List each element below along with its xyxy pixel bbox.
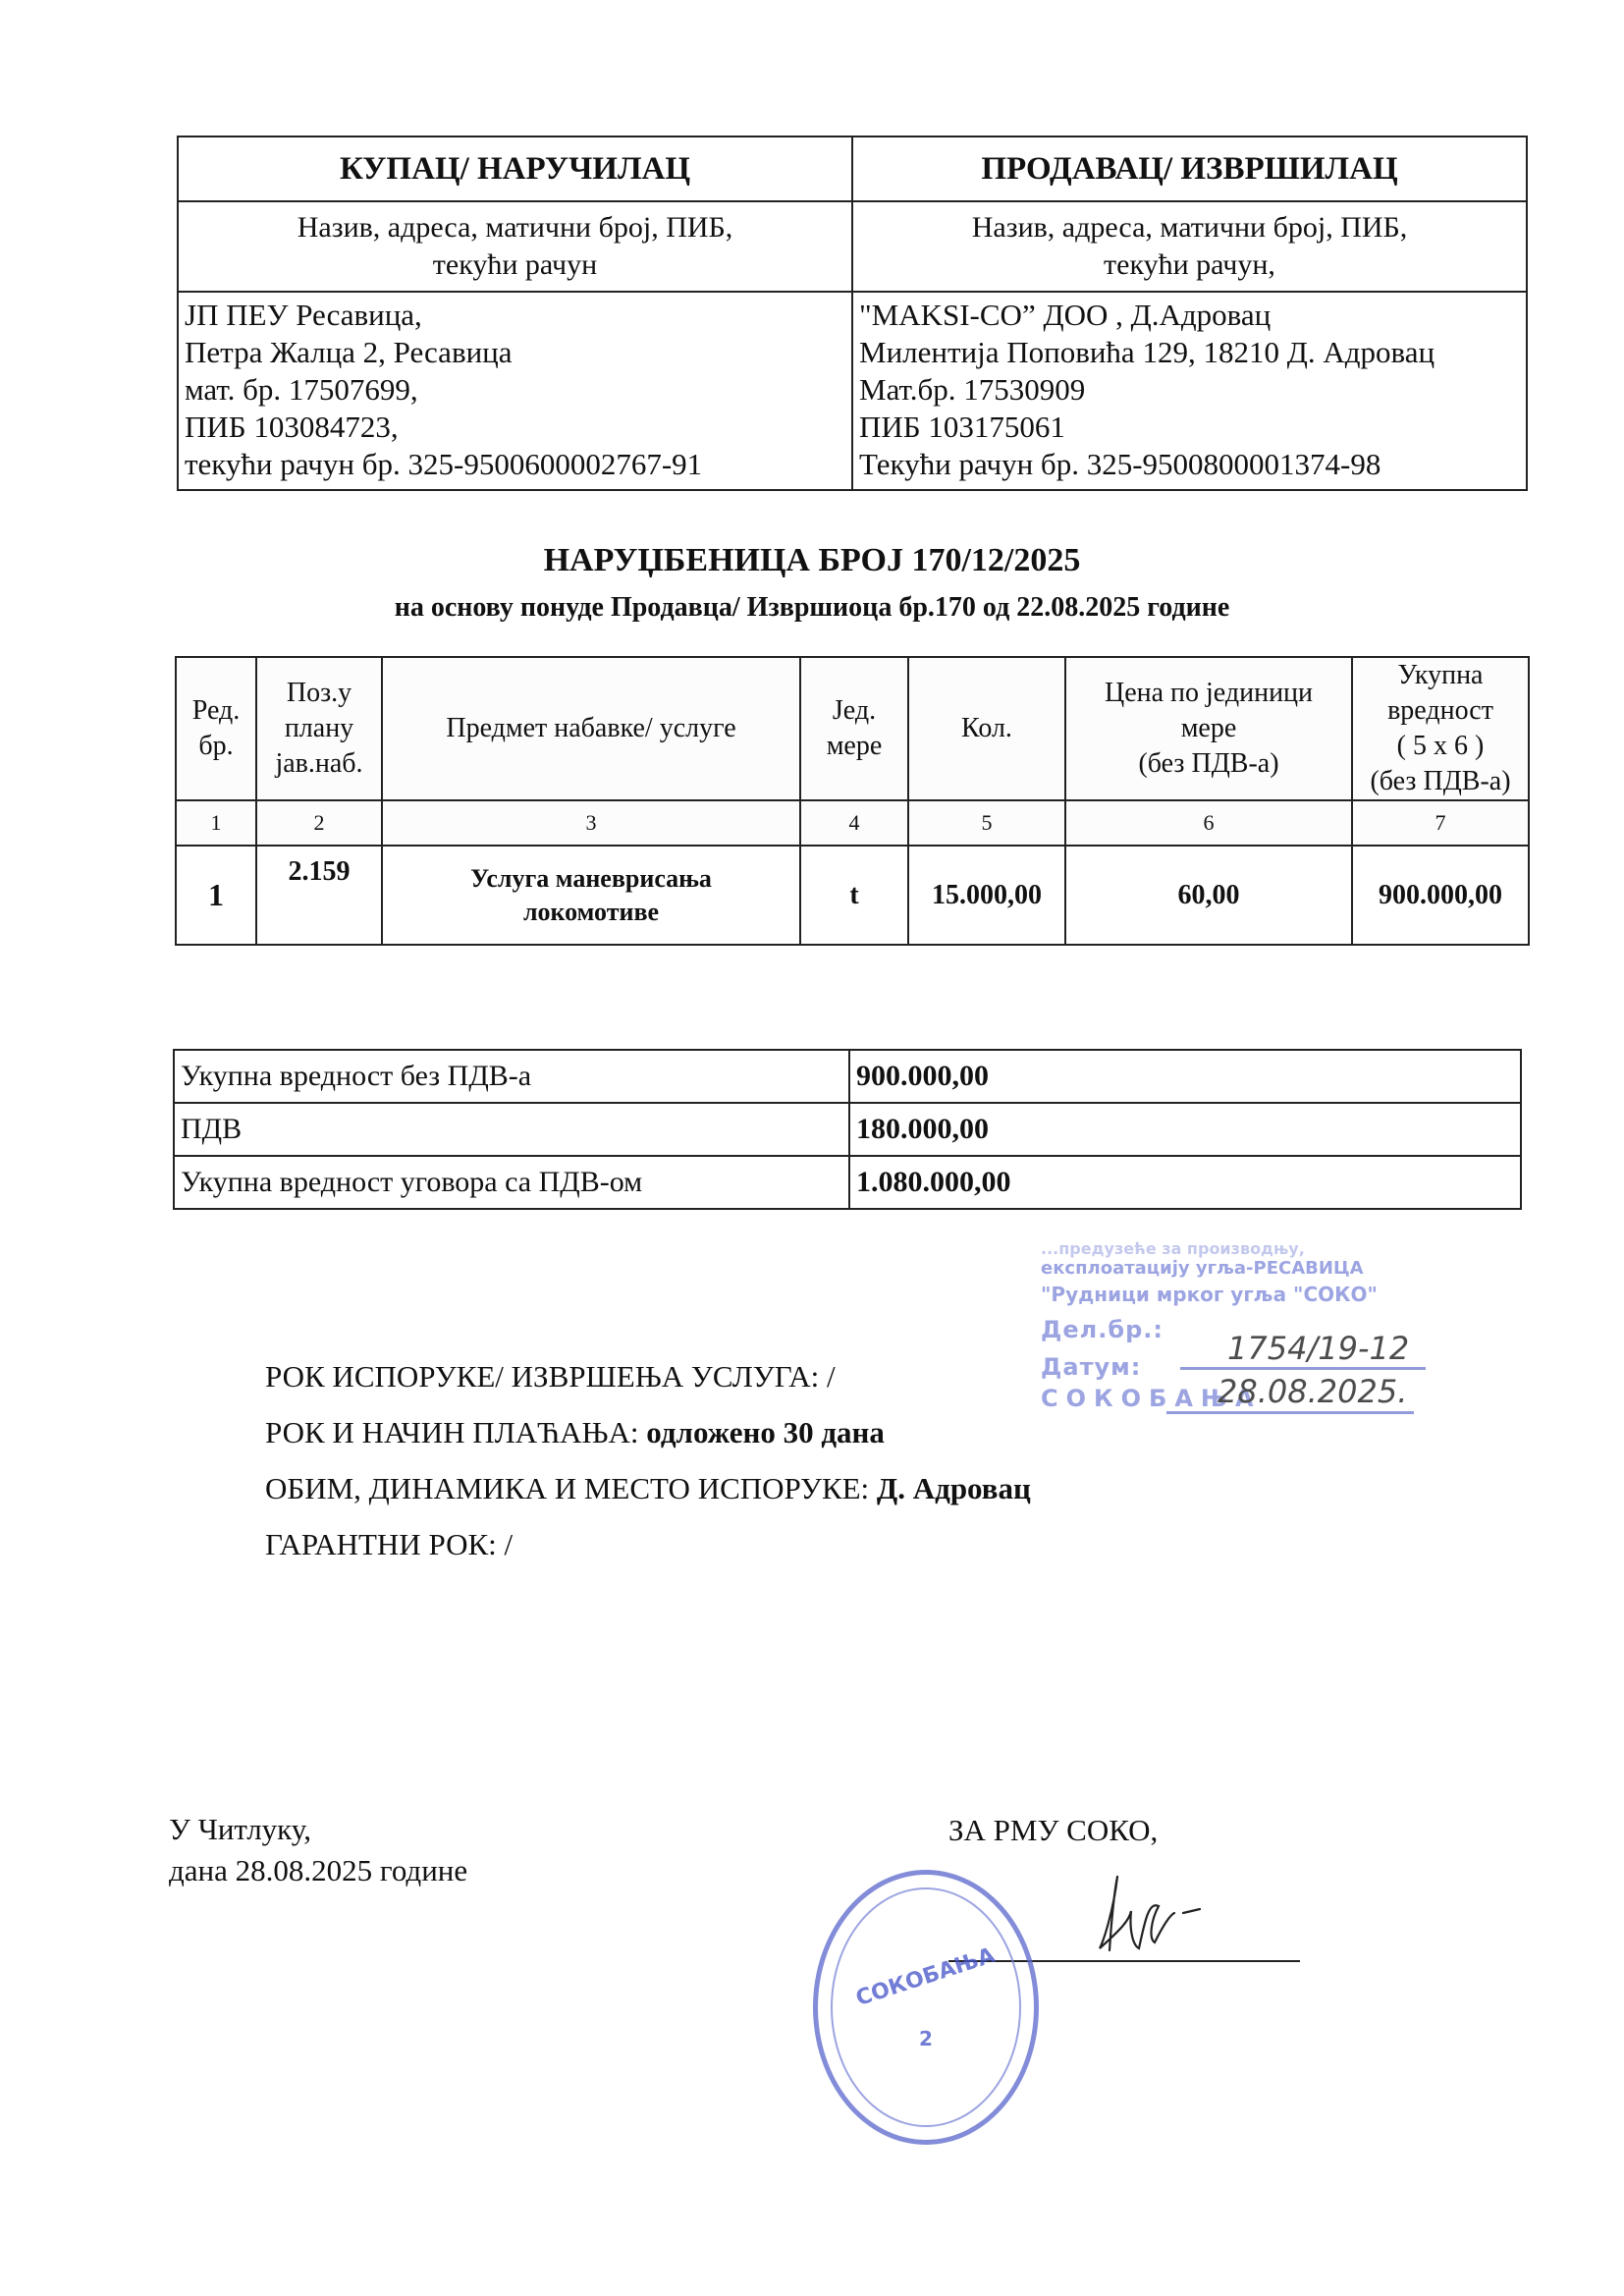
order-title: НАРУЏБЕНИЦА БРОЈ 170/12/2025 bbox=[0, 542, 1624, 579]
col-header-plan-line2: плану bbox=[261, 711, 377, 746]
col-header-unit-line2: мере bbox=[805, 729, 903, 764]
col-header-no-line1: Ред. bbox=[181, 693, 251, 729]
term-value: Д. Адровац bbox=[877, 1471, 1031, 1505]
totals-row-gross: Укупна вредност уговора са ПДВ-ом 1.080.… bbox=[174, 1156, 1521, 1209]
seller-reg-number: Мат.бр. 17530909 bbox=[859, 371, 1520, 409]
buyer-tax-id: ПИБ 103084723, bbox=[185, 409, 845, 446]
col-header-quantity: Кол. bbox=[908, 657, 1065, 800]
place-and-date: У Читлуку, дана 28.08.2025 године bbox=[169, 1809, 467, 1891]
buyer-name: ЈП ПЕУ Ресавица, bbox=[185, 297, 845, 334]
seal-number: 2 bbox=[919, 2027, 933, 2050]
total-gross-value: 1.080.000,00 bbox=[849, 1156, 1521, 1209]
col-header-price-line3: (без ПДВ-а) bbox=[1070, 746, 1347, 782]
total-gross-label: Укупна вредност уговора са ПДВ-ом bbox=[174, 1156, 849, 1209]
signature-icon bbox=[1090, 1862, 1227, 1970]
seller-info: "MAKSI-CO” ДОО , Д.Адровац Милентија Поп… bbox=[852, 292, 1527, 490]
stamp-date-handwritten: 28.08.2025. bbox=[1218, 1373, 1407, 1410]
col-number: 3 bbox=[382, 800, 800, 846]
buyer-fields-label-line2: текући рачун bbox=[180, 246, 850, 284]
items-header-row: Ред. бр. Поз.у плану јав.наб. Предмет на… bbox=[176, 657, 1529, 800]
buyer-reg-number: мат. бр. 17507699, bbox=[185, 371, 845, 409]
total-net-label: Укупна вредност без ПДВ-а bbox=[174, 1050, 849, 1103]
buyer-info: ЈП ПЕУ Ресавица, Петра Жалца 2, Ресавица… bbox=[178, 292, 852, 490]
items-table: Ред. бр. Поз.у плану јав.наб. Предмет на… bbox=[175, 656, 1530, 946]
col-header-total-line2: ( 5 x 6 ) bbox=[1357, 729, 1524, 764]
col-header-unit: Јед. мере bbox=[800, 657, 908, 800]
term-label: РОК ИСПОРУКЕ/ ИЗВРШЕЊА УСЛУГА: / bbox=[265, 1359, 836, 1394]
row-subject-line2: локомотиве bbox=[384, 896, 798, 929]
seller-name: "MAKSI-CO” ДОО , Д.Адровац bbox=[859, 297, 1520, 334]
row-unit-price: 60,00 bbox=[1065, 846, 1352, 945]
col-header-price-line2: мере bbox=[1070, 711, 1347, 746]
term-label: ГАРАНТНИ РОК: / bbox=[265, 1527, 513, 1561]
stamp-ref-underline bbox=[1180, 1367, 1426, 1370]
totals-row-vat: ПДВ 180.000,00 bbox=[174, 1103, 1521, 1156]
seller-fields-label-line2: текући рачун, bbox=[854, 246, 1525, 284]
col-header-unit-price: Цена по јединици мере (без ПДВ-а) bbox=[1065, 657, 1352, 800]
seller-heading: ПРОДАВАЦ/ ИЗВРШИЛАЦ bbox=[852, 137, 1527, 201]
parties-table: КУПАЦ/ НАРУЧИЛАЦ ПРОДАВАЦ/ ИЗВРШИЛАЦ Наз… bbox=[177, 136, 1528, 491]
row-plan-position: 2.159 bbox=[256, 846, 382, 945]
col-number: 6 bbox=[1065, 800, 1352, 846]
totals-table: Укупна вредност без ПДВ-а 900.000,00 ПДВ… bbox=[173, 1049, 1522, 1210]
vat-value: 180.000,00 bbox=[849, 1103, 1521, 1156]
col-header-total-line3: (без ПДВ-а) bbox=[1357, 764, 1524, 799]
col-number: 1 bbox=[176, 800, 256, 846]
term-label: ОБИМ, ДИНАМИКА И МЕСТО ИСПОРУКЕ: bbox=[265, 1471, 877, 1505]
col-number: 7 bbox=[1352, 800, 1529, 846]
term-label: РОК И НАЧИН ПЛАЋАЊА: bbox=[265, 1415, 646, 1449]
col-header-unit-line1: Јед. bbox=[805, 693, 903, 729]
col-header-plan-position: Поз.у плану јав.наб. bbox=[256, 657, 382, 800]
seller-bank-account: Текући рачун бр. 325-9500800001374-98 bbox=[859, 446, 1520, 483]
order-subtitle: на основу понуде Продавца/ Извршиоца бр.… bbox=[0, 592, 1624, 624]
col-number: 2 bbox=[256, 800, 382, 846]
col-header-total-line1: Укупна вредност bbox=[1357, 658, 1524, 729]
buyer-heading: КУПАЦ/ НАРУЧИЛАЦ bbox=[178, 137, 852, 201]
seller-fields-label: Назив, адреса, матични број, ПИБ, текући… bbox=[852, 201, 1527, 292]
row-total: 900.000,00 bbox=[1352, 846, 1529, 945]
vat-label: ПДВ bbox=[174, 1103, 849, 1156]
stamp-date-underline bbox=[1166, 1411, 1414, 1414]
registry-stamp: ...предузеће за производњу, експлоатациј… bbox=[1041, 1239, 1483, 1412]
buyer-bank-account: текући рачун бр. 325-9500600002767-91 bbox=[185, 446, 845, 483]
col-number: 4 bbox=[800, 800, 908, 846]
term-delivery-place: ОБИМ, ДИНАМИКА И МЕСТО ИСПОРУКЕ: Д. Адро… bbox=[265, 1471, 1031, 1506]
company-seal: СОКОБАЊА 2 bbox=[813, 1870, 1039, 2145]
row-quantity: 15.000,00 bbox=[908, 846, 1065, 945]
seal-city: СОКОБАЊА bbox=[853, 1942, 999, 2010]
col-header-no: Ред. бр. bbox=[176, 657, 256, 800]
table-row: 1 2.159 Услуга маневрисања локомотиве t … bbox=[176, 846, 1529, 945]
col-header-subject: Предмет набавке/ услуге bbox=[382, 657, 800, 800]
stamp-line0: ...предузеће за производњу, bbox=[1041, 1239, 1483, 1258]
totals-row-net: Укупна вредност без ПДВ-а 900.000,00 bbox=[174, 1050, 1521, 1103]
row-unit: t bbox=[800, 846, 908, 945]
col-header-price-line1: Цена по јединици bbox=[1070, 676, 1347, 711]
col-header-total: Укупна вредност ( 5 x 6 ) (без ПДВ-а) bbox=[1352, 657, 1529, 800]
col-header-no-line2: бр. bbox=[181, 729, 251, 764]
term-warranty: ГАРАНТНИ РОК: / bbox=[265, 1527, 513, 1562]
total-net-value: 900.000,00 bbox=[849, 1050, 1521, 1103]
col-header-plan-line3: јав.наб. bbox=[261, 746, 377, 782]
for-company-label: ЗА РМУ СОКО, bbox=[948, 1813, 1158, 1848]
buyer-fields-label: Назив, адреса, матични број, ПИБ, текући… bbox=[178, 201, 852, 292]
row-subject-line1: Услуга маневрисања bbox=[384, 862, 798, 896]
term-value: одложено 30 дана bbox=[646, 1415, 885, 1449]
col-number: 5 bbox=[908, 800, 1065, 846]
col-header-quantity-line1: Кол. bbox=[913, 711, 1060, 746]
term-payment: РОК И НАЧИН ПЛАЋАЊА: одложено 30 дана bbox=[265, 1415, 885, 1450]
seller-address: Милентија Поповића 129, 18210 Д. Адровац bbox=[859, 334, 1520, 371]
seal-inner-ring: СОКОБАЊА 2 bbox=[831, 1887, 1021, 2127]
row-subject: Услуга маневрисања локомотиве bbox=[382, 846, 800, 945]
place-line: У Читлуку, bbox=[169, 1809, 467, 1850]
stamp-ref-handwritten: 1754/19-12 bbox=[1227, 1330, 1409, 1367]
buyer-fields-label-line1: Назив, адреса, матични број, ПИБ, bbox=[180, 209, 850, 246]
column-number-row: 1 2 3 4 5 6 7 bbox=[176, 800, 1529, 846]
col-header-subject-line1: Предмет набавке/ услуге bbox=[387, 711, 795, 746]
col-header-plan-line1: Поз.у bbox=[261, 676, 377, 711]
term-delivery-deadline: РОК ИСПОРУКЕ/ ИЗВРШЕЊА УСЛУГА: / bbox=[265, 1359, 836, 1394]
stamp-line1: експлоатацију угља-РЕСАВИЦА bbox=[1041, 1258, 1483, 1279]
seller-tax-id: ПИБ 103175061 bbox=[859, 409, 1520, 446]
stamp-line2: "Рудници мрког угља "СОКО" bbox=[1041, 1283, 1483, 1306]
date-line: дана 28.08.2025 године bbox=[169, 1850, 467, 1891]
row-no: 1 bbox=[176, 846, 256, 945]
buyer-address: Петра Жалца 2, Ресавица bbox=[185, 334, 845, 371]
seller-fields-label-line1: Назив, адреса, матични број, ПИБ, bbox=[854, 209, 1525, 246]
